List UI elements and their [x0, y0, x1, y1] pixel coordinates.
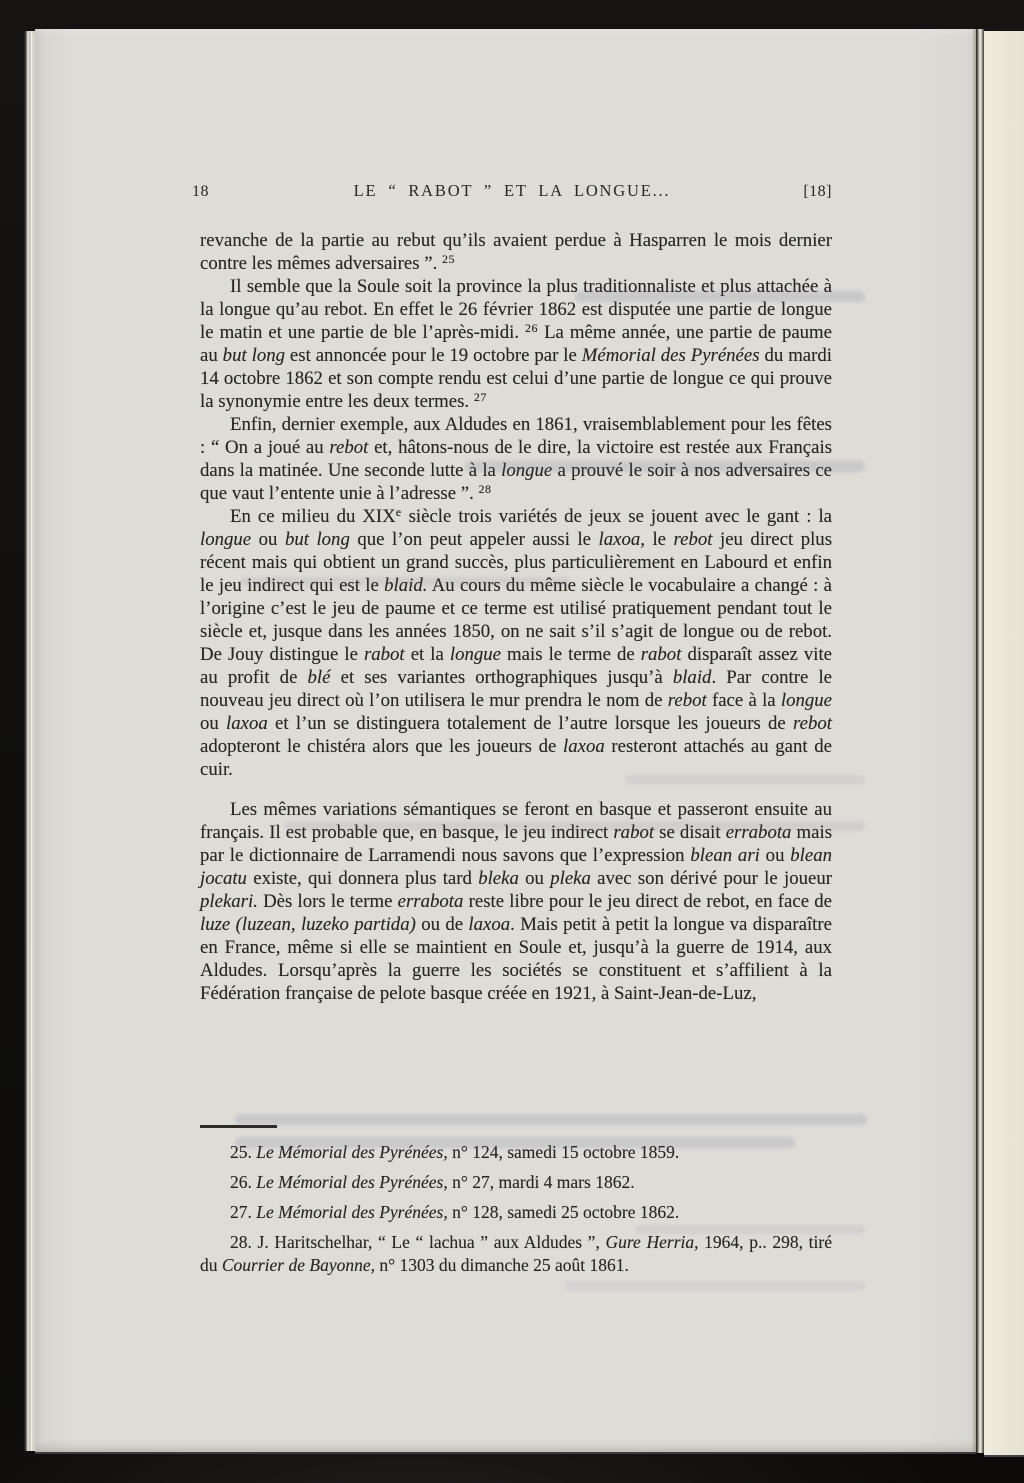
text-run: Courrier de Bayonne,: [222, 1255, 375, 1275]
text-run: Dès lors le terme: [258, 891, 398, 912]
text-run: but long: [223, 345, 285, 366]
folio-number-right: [18]: [762, 183, 832, 201]
text-run: ou de: [416, 914, 469, 935]
text-run: siècle trois variétés de jeux se jouent …: [402, 506, 832, 527]
text-run: n° 128, samedi 25 octobre 1862.: [448, 1202, 680, 1222]
text-run: blaid: [673, 667, 712, 688]
text-run: Le Mémorial des Pyrénées,: [256, 1202, 447, 1222]
text-run: Gure Herria,: [606, 1232, 699, 1252]
text-run: blé: [308, 667, 331, 688]
body-text: revanche de la partie au rebut qu’ils av…: [200, 229, 832, 1005]
text-run: Le Mémorial des Pyrénées,: [256, 1142, 447, 1162]
book-spine-crease: [972, 29, 984, 1453]
text-run: 28. J. Haritschelhar, “ Le “ lachua ” au…: [230, 1232, 606, 1252]
text-run: rebot: [793, 713, 832, 734]
footnote-reference: 25: [442, 252, 455, 266]
text-run: rebot: [668, 690, 707, 711]
page-stack-edge: [24, 31, 35, 1451]
text-run: laxoa: [226, 713, 268, 734]
footnote-reference: 28: [478, 482, 491, 496]
paragraph: Les mêmes variations sémantiques se fero…: [200, 798, 832, 1005]
text-run: revanche de la partie au rebut qu’ils av…: [200, 230, 832, 274]
text-run: adopteront le chistéra alors que les jou…: [200, 736, 563, 757]
text-run: errabota: [398, 891, 464, 912]
text-run: face à la: [707, 690, 781, 711]
text-run: ou: [200, 713, 226, 734]
text-run: mais le terme de: [501, 644, 641, 665]
text-run: rebot: [674, 529, 713, 550]
text-run: 27.: [230, 1202, 256, 1222]
text-run: Le Mémorial des Pyrénées,: [256, 1172, 447, 1192]
text-run: rabot: [364, 644, 405, 665]
text-run: luze (luzean, luzeko partida): [200, 914, 416, 935]
text-run: longue: [501, 460, 552, 481]
text-run: n° 124, samedi 15 octobre 1859.: [448, 1142, 680, 1162]
text-run: le: [645, 529, 674, 550]
folio-number-left: 18: [192, 183, 262, 201]
book-page: 18 LE “ RABOT ” ET LA LONGUE... [18] rev…: [35, 29, 976, 1454]
text-run: rebot: [329, 437, 368, 458]
text-run: est annoncée pour le 19 octobre par le: [285, 345, 582, 366]
text-run: rabot: [641, 644, 682, 665]
text-run: longue: [200, 529, 251, 550]
text-run: et la: [405, 644, 450, 665]
bleedthrough-mark: [235, 1114, 867, 1125]
text-run: ou: [519, 868, 550, 889]
paragraph: En ce milieu du XIXe siècle trois variét…: [200, 505, 832, 781]
text-run: et ses variantes orthographiques jusqu’à: [330, 667, 672, 688]
text-run: Mémorial des Pyrénées: [582, 345, 760, 366]
text-run: n° 27, mardi 4 mars 1862.: [448, 1172, 635, 1192]
text-run: n° 1303 du dimanche 25 août 1861.: [375, 1255, 629, 1275]
footnote-reference: 27: [474, 390, 487, 404]
footnote-separator: [200, 1125, 277, 1128]
text-run: que l’on peut appeler aussi le: [350, 529, 599, 550]
page-header: 18 LE “ RABOT ” ET LA LONGUE... [18]: [192, 181, 832, 201]
text-run: pleka: [550, 868, 591, 889]
paragraph: Il semble que la Soule soit la province …: [200, 275, 832, 413]
footnote: 27. Le Mémorial des Pyrénées, n° 128, sa…: [200, 1201, 832, 1224]
text-run: ou: [760, 845, 790, 866]
text-run: existe, qui donnera plus tard: [247, 868, 478, 889]
text-run: but long: [285, 529, 350, 550]
text-run: laxoa: [563, 736, 605, 757]
text-run: 26.: [230, 1172, 256, 1192]
text-run: longue: [781, 690, 832, 711]
text-run: ou: [251, 529, 285, 550]
text-run: blaid.: [384, 575, 427, 596]
text-run: 25.: [230, 1142, 256, 1162]
running-title: LE “ RABOT ” ET LA LONGUE...: [262, 181, 762, 201]
text-run: bleka: [478, 868, 519, 889]
text-run: rabot: [613, 822, 654, 843]
text-run: longue: [450, 644, 501, 665]
footnotes-list: 25. Le Mémorial des Pyrénées, n° 124, sa…: [200, 1141, 832, 1284]
text-run: plekari.: [200, 891, 258, 912]
footnote: 25. Le Mémorial des Pyrénées, n° 124, sa…: [200, 1141, 832, 1164]
text-run: avec son dérivé pour le joueur: [591, 868, 832, 889]
scanner-background: 18 LE “ RABOT ” ET LA LONGUE... [18] rev…: [0, 0, 1024, 1483]
text-run: blean ari: [690, 845, 759, 866]
text-run: laxoa: [468, 914, 510, 935]
text-run: errabota: [726, 822, 792, 843]
text-run: reste libre pour le jeu direct de rebot,…: [463, 891, 832, 912]
footnote: 26. Le Mémorial des Pyrénées, n° 27, mar…: [200, 1171, 832, 1194]
facing-page-edge: [984, 31, 1024, 1457]
footnote-reference: 26: [525, 321, 538, 335]
paragraph: Enfin, dernier exemple, aux Aldudes en 1…: [200, 413, 832, 505]
text-run: En ce milieu du XIX: [230, 506, 396, 527]
text-run: se disait: [654, 822, 726, 843]
footnote: 28. J. Haritschelhar, “ Le “ lachua ” au…: [200, 1231, 832, 1277]
text-run: laxoa,: [599, 529, 645, 550]
paragraph: revanche de la partie au rebut qu’ils av…: [200, 229, 832, 275]
text-run: et l’un se distinguera totalement de l’a…: [268, 713, 793, 734]
